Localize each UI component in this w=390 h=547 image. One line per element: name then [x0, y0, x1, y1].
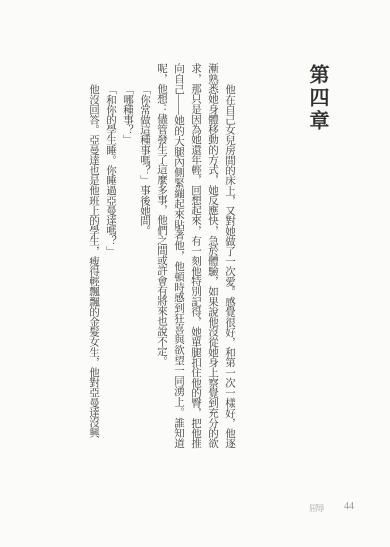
page-number: 44 — [344, 501, 354, 512]
chapter-title: 第四章 — [305, 64, 329, 133]
paragraph: 他沒回答。亞曼達也是他班上的學生，瘦得輕飄飄的金髮女生，他對亞曼達沒興 — [85, 63, 102, 448]
paragraph: 「哪種事？」 — [119, 63, 136, 448]
paragraph: 他在自己女兒房間的床上，又對她做了一次愛。感覺很好，和第一次一樣好，他逐漸熟悉她… — [153, 63, 238, 448]
paragraph: 「和你的學生睡。你睡過亞曼達嗎？」 — [102, 63, 119, 448]
book-page: 第四章 他在自己女兒房間的床上，又對她做了一次愛。感覺很好，和第一次一樣好，他逐… — [0, 0, 390, 547]
paragraph: 「你常做這種事嗎？」事後她問。 — [136, 63, 153, 448]
footer-book-title: 屈辱 — [309, 502, 323, 514]
body-text: 他在自己女兒房間的床上，又對她做了一次愛。感覺很好，和第一次一樣好，他逐漸熟悉她… — [85, 63, 238, 448]
